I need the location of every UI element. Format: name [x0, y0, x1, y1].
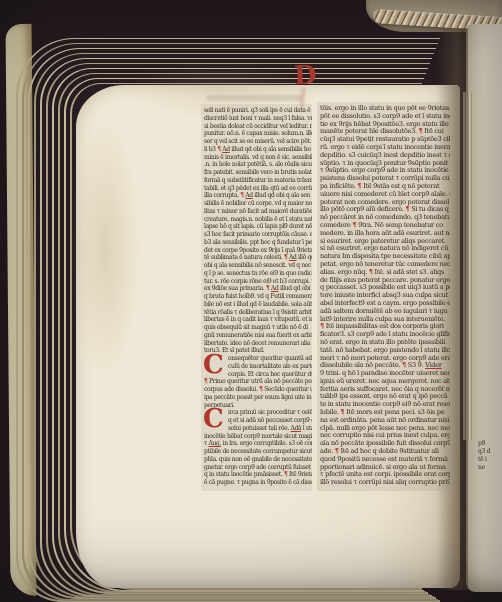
- text-line: libertas ē in q cadit laus τ vituperiū. …: [204, 316, 312, 324]
- text-line: punitur. nō.n. ē capax misie. solum.n. i…: [204, 130, 312, 138]
- text-line: litas τ minor nō facit ad maiorē duratiō…: [204, 208, 312, 216]
- text-line: si esuriret. ergo pateretur aliqs peccar…: [320, 238, 450, 246]
- text-line: 9 trini. q hō ī paradiso inocēter uiuere…: [320, 370, 450, 378]
- text-line: gnū remuneratiōe nisi sua fuerit ex arbi…: [204, 332, 312, 340]
- text-line: discretiō iust boni τ mali. neq3 ī falsa…: [204, 115, 312, 123]
- text-line: corpis. Et circa hoc querūtur duo.: [228, 371, 312, 379]
- text-line: p9: [478, 440, 502, 448]
- text-line: illō resolui τ corrūpi nisi aliq corrupt…: [320, 479, 450, 487]
- text-line: gnetur. ergo corp9 ade corruptū fuisset …: [204, 464, 312, 472]
- text-line: ade. ¶ Itē ad hoc q debite 9stituatur al…: [320, 448, 450, 456]
- text-line: .n. in hoīe noīat potētiā. s. aīe rōalis…: [204, 161, 312, 169]
- text-line: adā saltem dormiētē ab eo iugulari τ iug…: [320, 308, 450, 316]
- text-line: si bestia doleat cū occiditur vel leditu…: [204, 123, 312, 131]
- text-line: illa corrupta. ¶ Ad illud qd obi q aīa s…: [204, 192, 312, 200]
- text-line: ptibile de necessitate corrumpetur sicut…: [204, 448, 312, 456]
- ink-showthrough: [206, 95, 302, 101]
- text-line: poterat non comedere. ergo poterat disso…: [320, 199, 450, 207]
- text-line: ex 9diōe sua primaria. ¶ Ad illud qd obi: [204, 285, 312, 293]
- text-line: q bruta fuist hoīb9. vd q Futili remuner…: [204, 293, 312, 301]
- text-line: tōis. ergo in illo statu in quo pōt ee 9…: [320, 105, 450, 113]
- text-line: sibilis ē nobilior cū corpe. vd q maior …: [204, 200, 312, 208]
- text-line: depditio. s3 cuicūq3 inest depditio ines…: [320, 152, 450, 160]
- text-line: nō peccāret in nō comedendo. q3 tenebatu…: [320, 214, 450, 222]
- text-line: psistens dissolui poterat τ corrūpi null…: [320, 175, 450, 183]
- text-line: nec corruptio nisi cui prius inest culpa…: [320, 432, 450, 440]
- lombard-initial: C: [203, 353, 227, 378]
- text-line: tore iniuste interfici absq3 sua culpa s…: [320, 292, 450, 300]
- text-line: ficator3. s3 corp9 ade ī statu inocēcie …: [320, 331, 450, 339]
- text-line: uiuere nisi comederet cū hīet corp9 aīal…: [320, 191, 450, 199]
- text-line: soli nati ē puniri. q3 soli ips ē cui da…: [204, 107, 312, 115]
- text-line: li b3 ¶ Ad illud qd obi q aīa sensibilis…: [204, 146, 312, 154]
- text-line: tē i: [478, 456, 502, 464]
- text-line: illo pōtō corp9 aīū deficere. ¶ Si tu di…: [320, 206, 450, 214]
- text-line: culū de imortalitate aīe ex parte: [228, 363, 312, 371]
- text-line: libertate. ideo nō decet remunerari alia…: [204, 340, 312, 348]
- text-line: tur. s. rōe corpis rōne ei9 et b3 corrup…: [204, 278, 312, 286]
- text-line: τ 9sūptio. ergo corp9 ade in statu inocē…: [320, 167, 450, 175]
- cover-board-edge: [6, 24, 37, 596]
- text-line: tie ex 9rijs hēbat 9positōe3. ergo statu…: [320, 121, 450, 129]
- text-line: fra patebit. sensibile vero in brutis no…: [204, 169, 312, 177]
- text-line: manēte poterat hīe dissolutōe3. ¶ Itē cu…: [320, 128, 450, 136]
- paragraph: soli nati ē puniri. q3 soli ips ē cui da…: [204, 107, 312, 355]
- text-line: ipa peccāte possit per esum ligni uite i…: [204, 394, 312, 402]
- text-line: comedere ¶ 9tra. Nō semp tenebatur co: [320, 222, 450, 230]
- text-line: bile nō est i illud qd ē laudabile. sola…: [204, 301, 312, 309]
- text-line: de filijs eius poterat peccare. ponatur …: [320, 277, 450, 285]
- text-line: si nō esuriret. ergo natura nō indigeret…: [320, 245, 450, 253]
- text-line: q3 d: [478, 448, 502, 456]
- text-line: tētia rōalis τ deliberatiua ī q 9sistit …: [204, 309, 312, 317]
- paragraph: tōis. ergo in illo statu in quo pōt ee 9…: [320, 105, 450, 487]
- text-line: sūptio. τ in quocūq3 ponitur 9sūptio pon…: [320, 160, 450, 168]
- text-line: corpus ade dissolui. ¶ Secūdo queritur u…: [204, 386, 312, 394]
- text-line: lat9 interire nulla culpa sua interueniē…: [320, 316, 450, 324]
- text-line: cīpā. nulli ergo pōt īesse nec pena. nec…: [320, 425, 450, 433]
- text-line: ignis eū ureret. nec aqua mergeret. nec …: [320, 378, 450, 386]
- text-line: ē cā pugne. τ pugna in 9posito ē cā diss…: [204, 479, 312, 487]
- text-line: talib9 ips essent. ergo nō erat q ipō pe…: [320, 393, 450, 401]
- text-line: q in statu inocētie pmāsisset. ¶ Itē 9ri…: [204, 471, 312, 479]
- text-line: ¶ Itē impassibilitas est dos corporis gl…: [320, 323, 450, 331]
- text-line: aīa nō peccāte ipossibile fuit dissolui …: [320, 440, 450, 448]
- text-line: irca primū sic proceditur τ ostēditur: [228, 409, 312, 417]
- text-line: tē sublimata ē natura celesti. ¶ Ad illō…: [204, 254, 312, 262]
- text-line: tabili. et q3 pēdet ex illa qtū ad ee co…: [204, 185, 312, 193]
- text-line: abel interfect9 est a caym. ergo possibi…: [320, 300, 450, 308]
- text-line: onsequēter queritur quantū ad scdm arti: [228, 355, 312, 363]
- text-line: pportionari adinuicē. si ergo aīa ut for…: [320, 464, 450, 472]
- text-line: quod 9positū necesse est materiā τ formā: [320, 456, 450, 464]
- text-line: q peccasset. s3 possibile est uiq3 iustū…: [320, 284, 450, 292]
- book-photo: p9q3 dtē ine D soli nati ē puniri. q3 so…: [0, 0, 502, 602]
- text-line: ne: [478, 464, 502, 472]
- text-column-right: tōis. ergo in illo statu in quo pōt ee 9…: [317, 102, 450, 491]
- text-line: obi q aīa sensibilis nō senescit. vd q n…: [204, 262, 312, 270]
- text-line: creature. magis.n. nobilis ē et ī statu …: [204, 216, 312, 224]
- facing-page-text-fragment: p9q3 dtē ine: [478, 440, 502, 472]
- text-line: τ pfectō unita est corpi. ipossibile era…: [320, 471, 450, 479]
- text-line: feritia aeris suffocaret. nec ōia q noce…: [320, 386, 450, 394]
- text-line: minis ē imortalis. vd q non ē sic. sensi…: [204, 154, 312, 162]
- text-line: ser q vel scit se ee miserū. vel scire p…: [204, 138, 312, 146]
- text-line: petat. ergo nō teneretur tūc comedere ne…: [320, 261, 450, 269]
- text-line: τ Aug. in lra. ergo corruptibile. s3 oē …: [204, 440, 312, 448]
- text-line: s3 hoc facit primario corruptōis cāuse. …: [204, 231, 312, 239]
- text-line: dissolubile aīa nō peccāte. ¶ S3 9. Vide…: [320, 362, 450, 370]
- text-line: b3 aīa sensibilis. ppt hoc q fundatur ī …: [204, 239, 312, 247]
- text-line: phīa. quis non oē gnabile de necessitate: [204, 456, 312, 464]
- text-line: rū. ergo τ eidē corpi ī statu inocentie …: [320, 144, 450, 152]
- text-line: pa inficiēte. ¶ Itē 9stās est q nō poter…: [320, 183, 450, 191]
- text-line: solui potuisset tali rōe. Adā ī statu: [228, 425, 312, 433]
- text-line: medere. in illa hora aūt adā esuriret. a…: [320, 230, 450, 238]
- text-line: tatē. nō habebat. ergo psistendo ī statu…: [320, 347, 450, 355]
- text-line: nō erat. ergo in statu illo pntēte ipass…: [320, 339, 450, 347]
- text-line: alias. ergo nūq. ¶ Itē. si adā stet s3. …: [320, 269, 450, 277]
- text-line: na est ordināta. pena aūt nō ordinatur n…: [320, 417, 450, 425]
- text-line: formā q substātificatur in materia trāsm…: [204, 177, 312, 185]
- text-line: q et si adā nō peccasset corp9 ei9 dis: [228, 417, 312, 425]
- text-line: det ex corpe 9posito ex 9rijs ī quā 9rie…: [204, 247, 312, 255]
- text-line: lapse hō q sit lapis. cū lapis pl9 duret…: [204, 223, 312, 231]
- text-line: lubile. ¶ Itē mors est pena peci. s3 ōis…: [320, 409, 450, 417]
- rubric-capital-d: D: [294, 63, 317, 90]
- lombard-initial: C: [203, 407, 227, 432]
- paragraph: Circa primū sic proceditur τ ostēditurq …: [204, 409, 312, 487]
- paragraph: Consequēter queritur quantū ad scdm arti…: [204, 355, 312, 409]
- text-line: natura bn disposita tpe necessitate cibū…: [320, 253, 450, 261]
- text-line: pōt ee dissolutio. s3 corp9 ade et ī sta…: [320, 113, 450, 121]
- text-line: mori τ nō mori poterat. ergo corp9 ade e…: [320, 355, 450, 363]
- text-line: quis obsequiū sit magnū τ utile nō ē di: [204, 324, 312, 332]
- text-column-left: soli nati ē puniri. q3 soli ips ē cui da…: [201, 104, 312, 491]
- text-line: q ī p se. senectus tn rōe ei9 in quo rad…: [204, 270, 312, 278]
- text-line: cūq3 statui 9petit restauratio p sūptōe3…: [320, 136, 450, 144]
- text-line: te in statu inocentie corp9 ei9 nō erat …: [320, 401, 450, 409]
